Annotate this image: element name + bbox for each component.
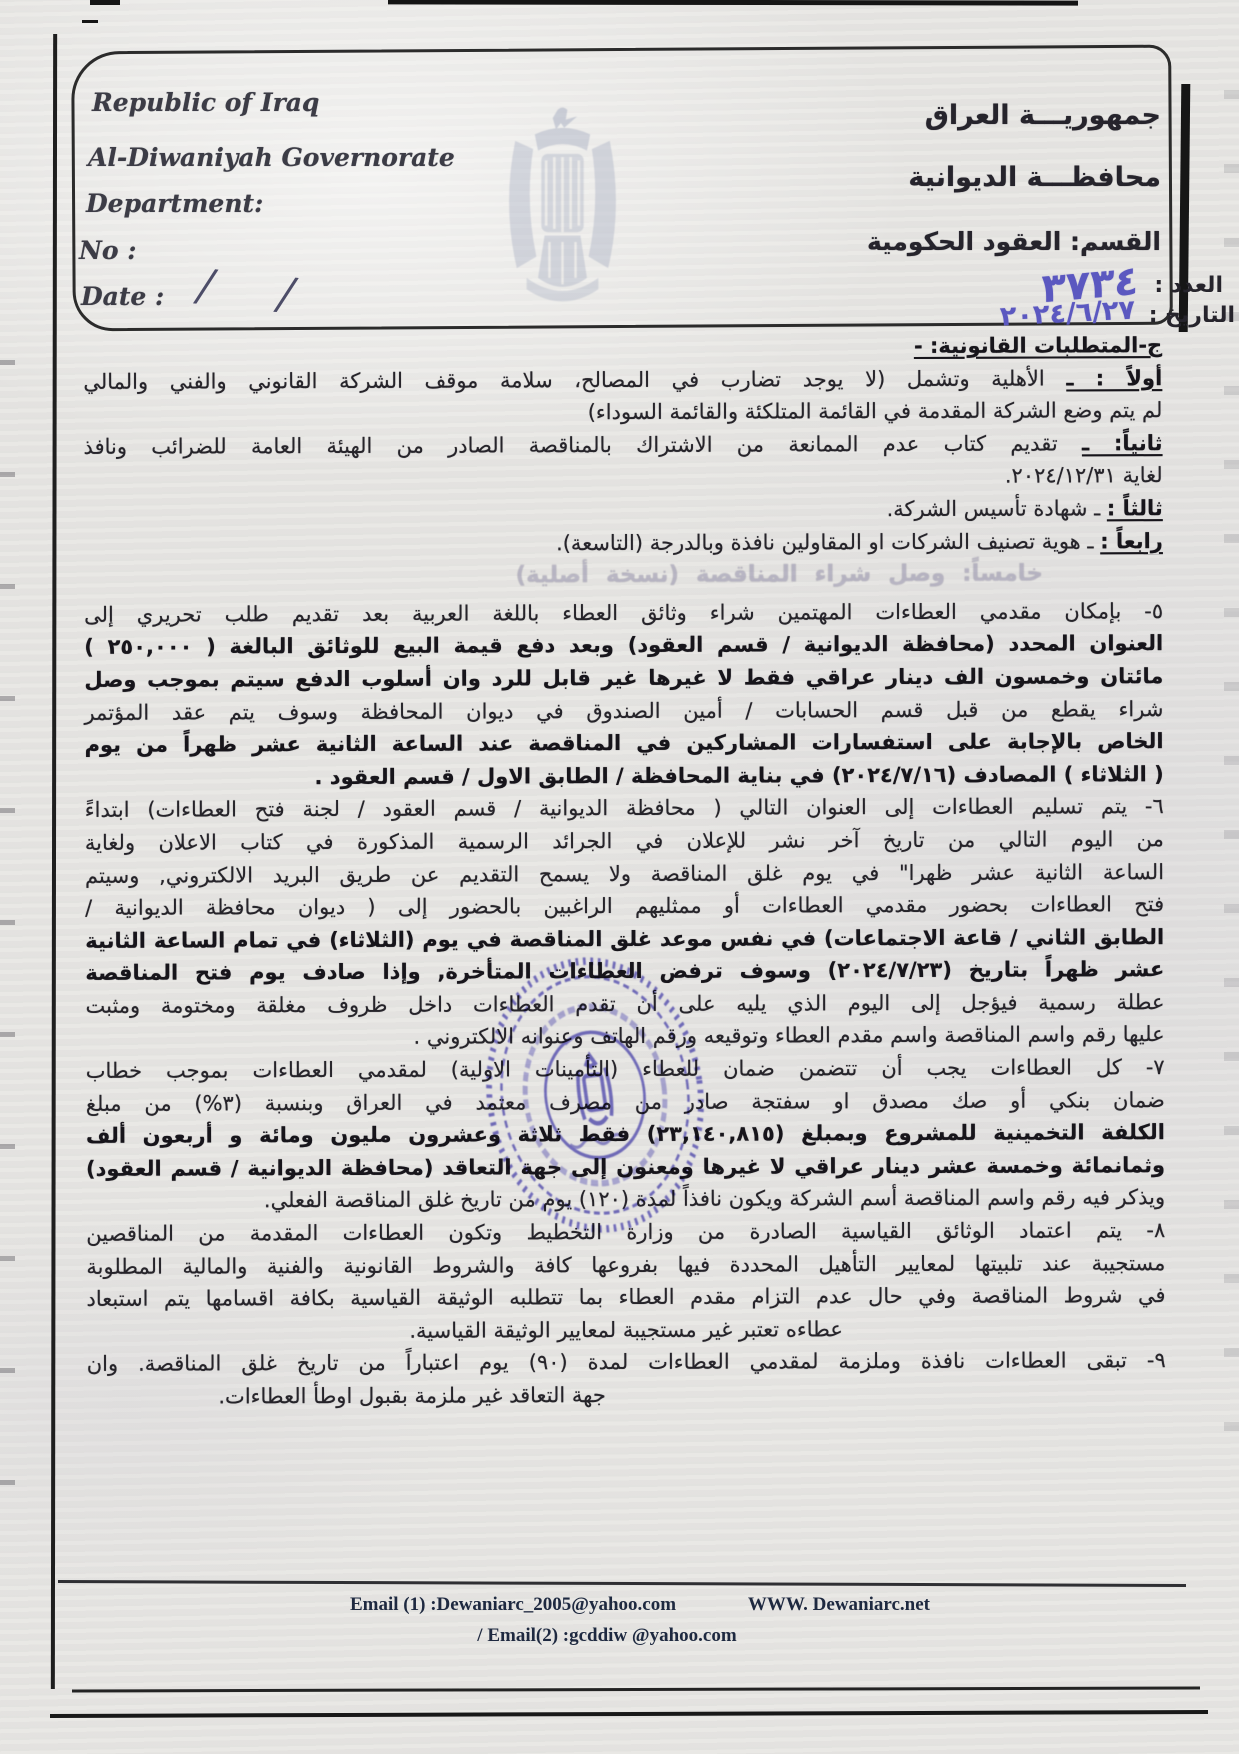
scan-edge-artifact: [82, 20, 98, 23]
body-line: شراء يقطع من قبل قسم الحسابات / أمين الص…: [84, 693, 1163, 729]
body-line: رابعاً : ـ هوية تصنيف الشركات او المقاول…: [84, 525, 1163, 561]
footer-contact-row: / Email(2) :gcddiw @yahoo.com: [302, 1625, 882, 1647]
body-line: ثالثاً : ـ شهادة تأسيس الشركة.: [84, 492, 1163, 528]
footer-divider: [58, 1580, 1186, 1587]
body-line: عطاءه تعتبر غير مستجيبة لمعايير الوثيقة …: [87, 1312, 1166, 1348]
handwritten-document-date: ٢٠٢٤/٦/٢٧: [999, 294, 1136, 332]
body-line: لغاية ٢٠٢٤/١٢/٣١.: [84, 459, 1163, 495]
body-line: ٥- بإمكان مقدمي العطاءات المهتمين شراء و…: [84, 595, 1163, 631]
footer-email-2: Email(2) :gcddiw @yahoo.com: [487, 1625, 736, 1646]
body-line: لم يتم وضع الشركة المقدمة في القائمة الم…: [83, 394, 1162, 430]
country-name-ar: جمهوريـــة العراق: [925, 100, 1161, 131]
body-line: ٦- يتم تسليم العطاءات إلى العنوان التالي…: [85, 790, 1164, 826]
scanned-document-page: Republic of Iraq Al-Diwaniyah Governorat…: [0, 0, 1239, 1754]
footer: Email (1) :Dewaniarc_2005@yahoo.com WWW.…: [350, 1594, 930, 1647]
body-line: أولاً : ـ الأهلية وتشمل (لا يوجد تضارب ف…: [83, 362, 1162, 398]
number-label-ar: العدد :: [1154, 273, 1223, 298]
body-line: العنوان المحدد (محافظة الديوانية / قسم ا…: [84, 627, 1163, 663]
body-line: الساعة الثانية عشر ظهرا" في يوم غلق المن…: [85, 856, 1164, 892]
body-line: فتح العطاءات بحضور مقدمي العطاءات أو ممث…: [85, 888, 1164, 924]
heading-label: ج-المتطلبات القانونية: -: [914, 333, 1162, 358]
body-line: من اليوم التالي من تاريخ آخر نشر للإعلان…: [85, 823, 1164, 859]
date-label-en: Date :: [81, 282, 164, 311]
footer-website: WWW. Dewaniarc.net: [748, 1594, 930, 1616]
body-line: ( الثلاثاء ) المصادف (٢٠٢٤/٧/١٦) في بناي…: [85, 758, 1164, 794]
body-line: مستجيبة عند تلبيتها لمعايير التأهيل المح…: [86, 1247, 1165, 1283]
page-bottom-border: [72, 1687, 1200, 1693]
governorate-name-en: Al-Diwaniyah Governorate: [88, 143, 455, 172]
body-line: في شروط المناقصة وفي حال عدم التزام مقدم…: [86, 1279, 1165, 1315]
footer-contact-row: Email (1) :Dewaniarc_2005@yahoo.com WWW.…: [350, 1594, 930, 1616]
page-bottom-border: [50, 1710, 1208, 1718]
body-line-faded: خامساً: وصل شراء المناقصة (نسخة أصلية): [84, 557, 1163, 593]
body-line: جهة التعاقد غير ملزمة بقبول اوطأ العطاءا…: [87, 1377, 1166, 1413]
document-date-row: التاريخ : ٢٠٢٤/٦/٢٧: [1000, 298, 1235, 329]
date-label-ar: التاريخ :: [1149, 303, 1235, 328]
document-body: ج-المتطلبات القانونية: - أولاً : ـ الأهل…: [83, 329, 1166, 1413]
department-name-ar: القسم: العقود الحكومية: [867, 227, 1161, 256]
iraq-eagle-emblem-icon: [480, 105, 645, 317]
body-line: مائتان وخمسون الف دينار عراقي فقط لا غير…: [84, 660, 1163, 696]
number-label-en: No :: [79, 236, 136, 265]
scan-edge-artifact: [90, 0, 120, 5]
scan-edge-artifact: [51, 34, 57, 1689]
section-heading: ج-المتطلبات القانونية: -: [83, 329, 1162, 365]
scan-edge-artifact: [1224, 90, 1239, 1470]
country-name-en: Republic of Iraq: [92, 88, 319, 117]
scan-edge-artifact: [0, 360, 15, 1540]
footer-email-1: Email (1) :Dewaniarc_2005@yahoo.com: [350, 1594, 676, 1616]
footer-slash-mark: /: [477, 1625, 482, 1647]
scan-edge-artifact: [388, 0, 1078, 6]
body-line: الخاص بالإجابة على استفسارات المشاركين ف…: [85, 725, 1164, 761]
body-line: ٩- تبقى العطاءات نافذة وملزمة لمقدمي الع…: [87, 1345, 1166, 1381]
department-label-en: Department:: [86, 189, 263, 218]
official-round-stamp-icon: [464, 938, 726, 1252]
body-line: ثانياً: ـ تقديم كتاب عدم الممانعة من الا…: [83, 427, 1162, 463]
governorate-name-ar: محافظـــة الديوانية: [908, 162, 1161, 193]
